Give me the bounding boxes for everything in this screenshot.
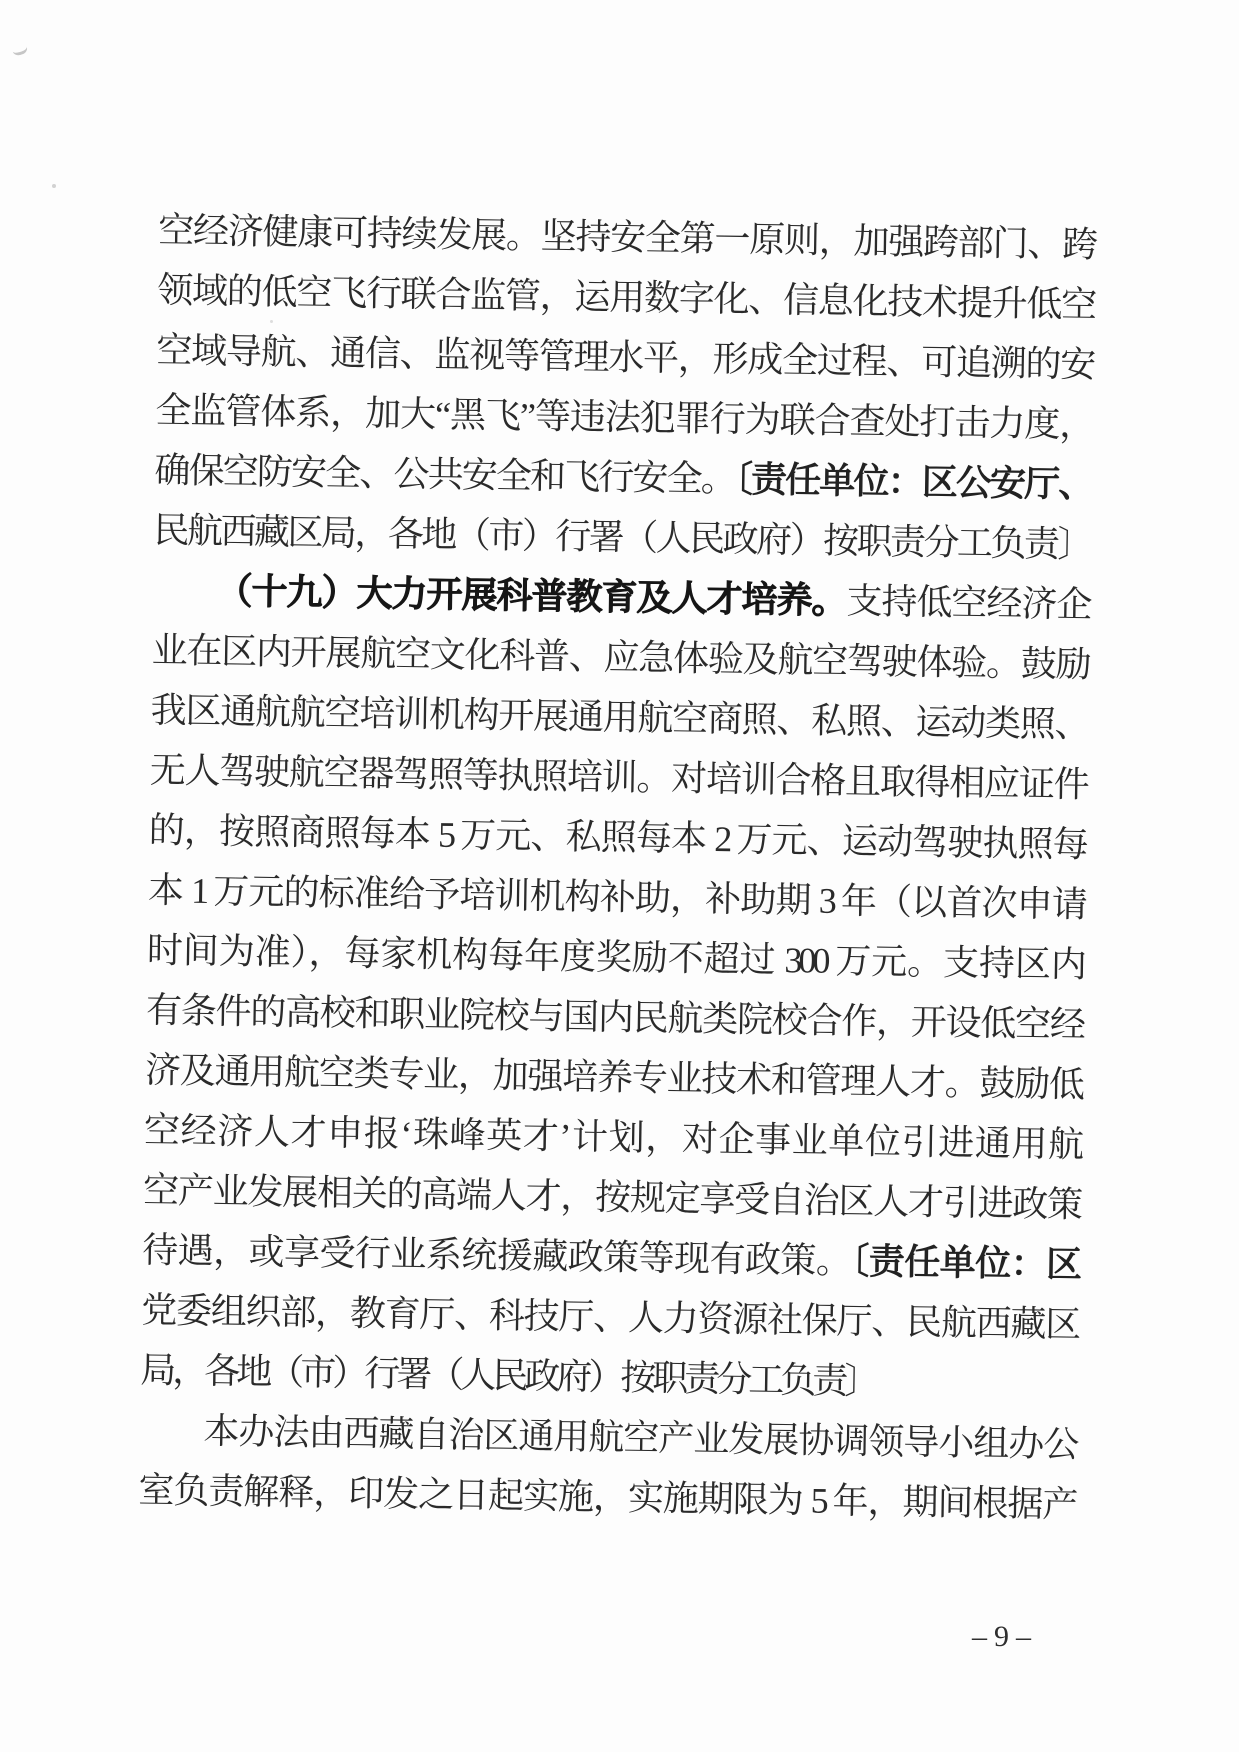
body-text: 本办法由西藏自治区通用航空产业发展协调领导小组办公	[203, 1411, 1076, 1465]
body-text: 本 1 万元的标准给予培训机构补助，补助期 3 年（以首次申请	[148, 870, 1085, 925]
body-text: 我区通航航空培训机构开展通用航空商照、私照、运动类照、	[150, 690, 1087, 745]
body-text: 时间为准），每家机构每年度奖励不超过 300 万元。支持区内	[147, 930, 1084, 985]
scan-speck	[52, 184, 56, 188]
body-text: 室负责解释，印发之日起实施，实施期限为 5 年，期间根据产	[138, 1470, 1075, 1525]
body-text: 待遇，或享受行业系统援藏政策等现有政策。	[142, 1230, 852, 1281]
section-heading-text: （十九）大力开展科普教育及人才培养。	[216, 571, 847, 621]
body-text: 有条件的高校和职业院校与国内民航类院校合作，开设低空经	[146, 990, 1083, 1045]
body-text: 确保空防安全、公共安全和飞行安全。	[154, 450, 735, 499]
body-text: 空经济健康可持续发展。坚持安全第一原则，加强跨部门、跨	[158, 210, 1095, 265]
responsibility-unit-text: 〔责任单位：区	[851, 1241, 1078, 1285]
document-page: 空经济健康可持续发展。坚持安全第一原则，加强跨部门、跨领域的低空飞行联合监管，运…	[0, 0, 1239, 1752]
responsibility-unit-text: 〔责任单位：区公安厅、	[735, 459, 1091, 505]
body-text: 支持低空经济企	[846, 581, 1089, 625]
body-text: 局，各地（市）行署（人民政府）按职责分工负责〕	[140, 1350, 877, 1402]
page-number: –9–	[972, 1620, 1038, 1654]
body-text: 领域的低空飞行联合监管，运用数字化、信息化技术提升低空	[157, 270, 1094, 325]
body-text: 空域导航、通信、监视等管理水平，形成全过程、可追溯的安	[156, 330, 1093, 385]
body-text: 民航西藏区局，各地（市）行署（人民政府）按职责分工负责〕	[153, 510, 1090, 565]
body-text: 党委组织部，教育厅、科技厅、人力资源社保厅、民航西藏区	[141, 1290, 1078, 1345]
scan-smudge	[10, 40, 28, 57]
body-text: 无人驾驶航空器驾照等执照培训。对培训合格且取得相应证件	[149, 750, 1086, 805]
body-text: 业在区内开展航空文化科普、应急体验及航空驾驶体验。鼓励	[151, 630, 1088, 685]
body-text: 空产业发展相关的高端人才，按规定享受自治区人才引进政策	[143, 1170, 1080, 1225]
body-text: 济及通用航空类专业，加强培养专业技术和管理人才。鼓励低	[145, 1050, 1082, 1105]
body-text: 全监管体系，加大“黑飞”等违法犯罪行为联合查处打击力度，	[155, 390, 1092, 445]
text-block: 空经济健康可持续发展。坚持安全第一原则，加强跨部门、跨领域的低空飞行联合监管，运…	[138, 200, 1095, 1535]
body-text: 的，按照商照每本 5 万元、私照每本 2 万元、运动驾驶执照每	[149, 810, 1086, 865]
body-text: 空经济人才申报‘珠峰英才’计划，对企事业单位引进通用航	[144, 1110, 1081, 1165]
